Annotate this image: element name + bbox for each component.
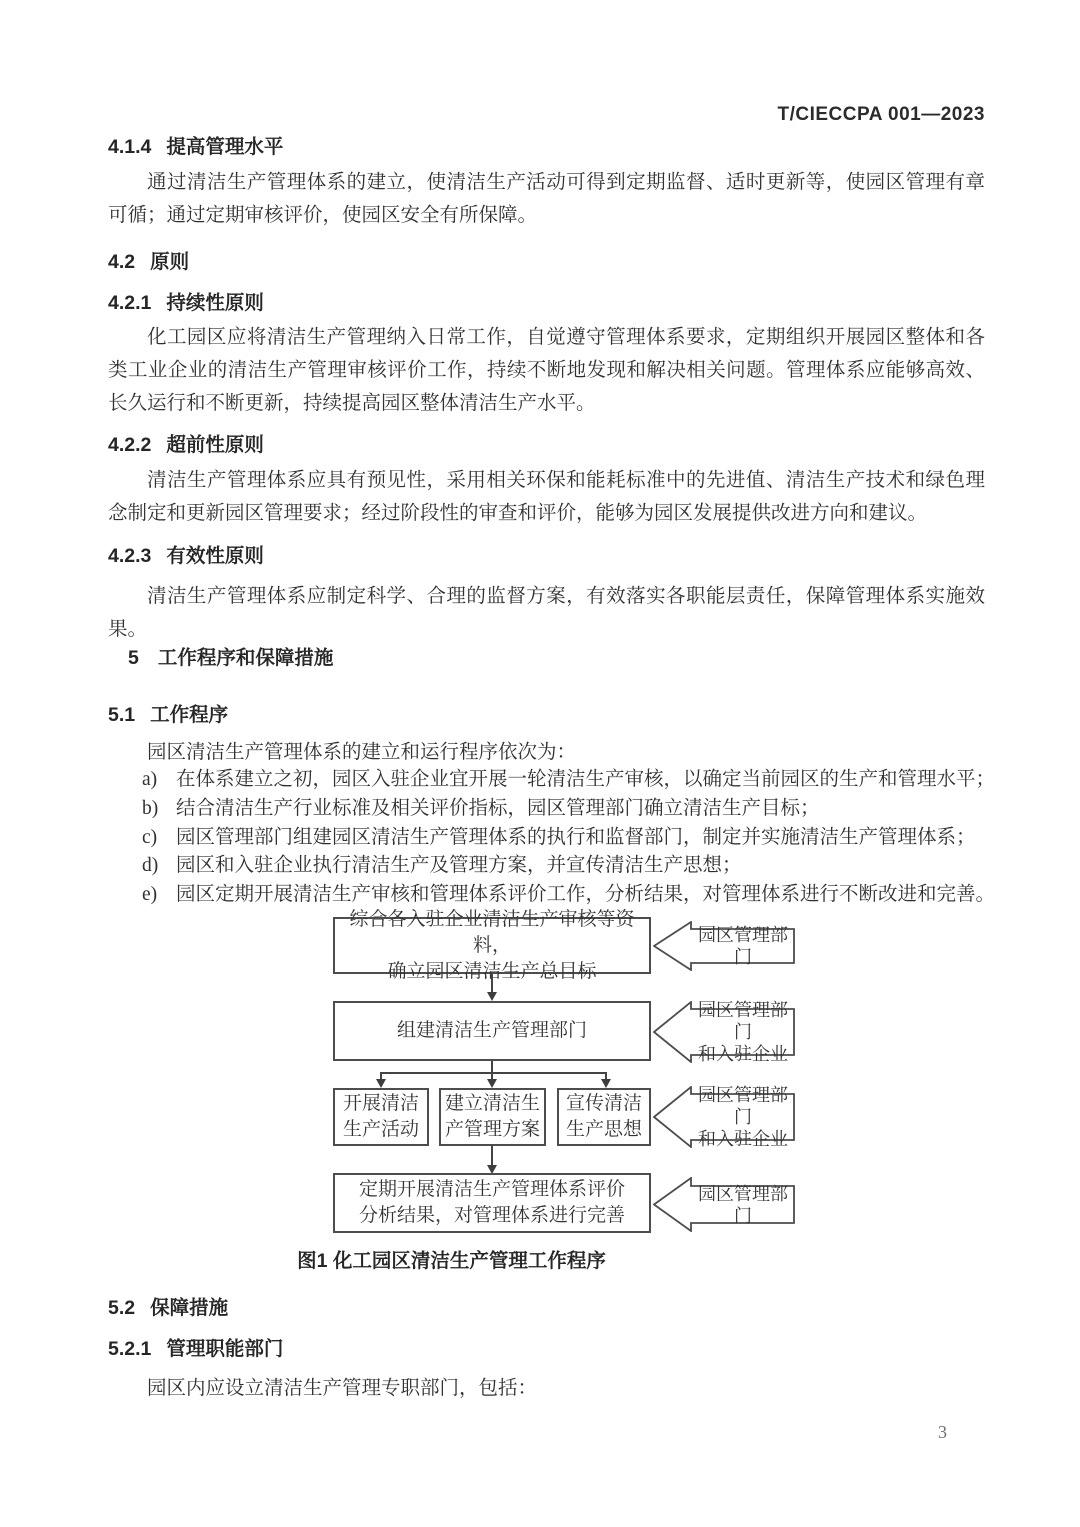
section-number: 5.2.1 [108,1338,151,1360]
section-title: 管理职能部门 [166,1338,283,1360]
document-page: T/CIECCPA 001—2023 4.1.4提高管理水平 通过清洁生产管理体… [0,0,1080,1527]
connector-line [380,1072,607,1074]
flow-box-text: 宣传清洁 [566,1091,642,1117]
section-title: 持续性原则 [166,292,264,314]
page-number: 3 [938,1422,947,1443]
list-item-c: c)园区管理部门组建园区清洁生产管理体系的执行和监督部门，制定并实施清洁生产管理… [108,824,985,853]
list-item-label: a) [142,766,176,795]
section-number: 5.1 [108,704,135,726]
actor-text: 园区管理部门 [691,1084,795,1128]
heading-5-1: 5.1工作程序 [108,699,985,727]
heading-4-1-4: 4.1.4提高管理水平 [108,131,985,159]
list-item-label: e) [142,881,176,910]
actor-arrow-1: 园区管理部门 [653,921,795,971]
arrow-down-icon [376,1079,386,1088]
section-title: 有效性原则 [166,545,264,567]
flow-box-establish-plan: 建立清洁生 产管理方案 [439,1088,546,1146]
flow-box-text: 生产活动 [343,1117,419,1143]
list-item-label: c) [142,824,176,853]
actor-label: 园区管理部门 和入驻企业 [691,1001,795,1063]
arrow-down-icon [601,1079,611,1088]
actor-arrow-3: 园区管理部门 和入驻企业 [653,1086,795,1148]
flowchart-figure-1: 综合各入驻企业清洁生产审核等资料， 确立园区清洁生产总目标 组建清洁生产管理部门… [108,917,795,1282]
section-title: 原则 [150,251,189,273]
flow-box-text: 建立清洁生 [445,1091,540,1117]
section-title: 提高管理水平 [166,136,283,158]
flow-box-set-goals: 综合各入驻企业清洁生产审核等资料， 确立园区清洁生产总目标 [333,917,651,974]
list-item-text: 结合清洁生产行业标准及相关评价指标，园区管理部门确立清洁生产目标； [176,795,820,824]
list-item-text: 园区管理部门组建园区清洁生产管理体系的执行和监督部门，制定并实施清洁生产管理体系… [176,824,976,853]
heading-5-2: 5.2保障措施 [108,1292,985,1320]
actor-arrow-2: 园区管理部门 和入驻企业 [653,1001,795,1063]
section-title: 超前性原则 [166,434,264,456]
list-item-a: a)在体系建立之初，园区入驻企业宜开展一轮清洁生产审核，以确定当前园区的生产和管… [108,766,985,795]
heading-5: 5工作程序和保障措施 [108,642,1005,670]
actor-text: 和入驻企业 [698,1043,788,1065]
paragraph-5-2-1: 园区内应设立清洁生产管理专职部门，包括： [108,1372,985,1405]
paragraph-5-1-intro: 园区清洁生产管理体系的建立和运行程序依次为： [108,736,985,769]
flow-box-text: 分析结果，对管理体系进行完善 [359,1203,625,1229]
list-item-label: d) [142,852,176,881]
actor-text: 园区管理部门 [691,1183,795,1227]
section-number: 4.2.1 [108,292,151,314]
flow-box-text: 开展清洁 [343,1091,419,1117]
section-number: 4.2.2 [108,434,151,456]
procedure-list: a)在体系建立之初，园区入驻企业宜开展一轮清洁生产审核，以确定当前园区的生产和管… [108,766,985,910]
section-number: 4.2 [108,251,135,273]
connector-line [491,1146,493,1166]
flow-box-text: 综合各入驻企业清洁生产审核等资料， [335,907,649,959]
section-number: 5.2 [108,1297,135,1319]
section-number: 4.1.4 [108,136,151,158]
flow-box-carry-out-activities: 开展清洁 生产活动 [333,1088,429,1146]
actor-label: 园区管理部门 [691,921,795,971]
list-item-b: b)结合清洁生产行业标准及相关评价指标，园区管理部门确立清洁生产目标； [108,795,985,824]
section-title: 工作程序 [150,704,228,726]
section-title: 工作程序和保障措施 [158,647,334,669]
heading-4-2-2: 4.2.2超前性原则 [108,429,985,457]
list-item-text: 在体系建立之初，园区入驻企业宜开展一轮清洁生产审核，以确定当前园区的生产和管理水… [176,766,995,795]
list-item-text: 园区和入驻企业执行清洁生产及管理方案，并宣传清洁生产思想； [176,852,742,881]
heading-4-2-1: 4.2.1持续性原则 [108,287,985,315]
page-content: T/CIECCPA 001—2023 4.1.4提高管理水平 通过清洁生产管理体… [108,0,985,1527]
heading-5-2-1: 5.2.1管理职能部门 [108,1333,985,1361]
connector-line [491,974,493,993]
section-title: 保障措施 [150,1297,228,1319]
flow-box-promote-ideas: 宣传清洁 生产思想 [557,1088,651,1146]
actor-text: 和入驻企业 [698,1128,788,1150]
actor-text: 园区管理部门 [691,999,795,1043]
actor-arrow-4: 园区管理部门 [653,1177,795,1232]
actor-label: 园区管理部门 和入驻企业 [691,1086,795,1148]
paragraph-4-2-3: 清洁生产管理体系应制定科学、合理的监督方案，有效落实各职能层责任，保障管理体系实… [108,580,985,646]
paragraph-4-2-2: 清洁生产管理体系应具有预见性，采用相关环保和能耗标准中的先进值、清洁生产技术和绿… [108,464,985,530]
actor-label: 园区管理部门 [691,1177,795,1232]
paragraph-4-2-1: 化工园区应将清洁生产管理纳入日常工作，自觉遵守管理体系要求，定期组织开展园区整体… [108,321,985,420]
section-number: 4.2.3 [108,545,151,567]
flow-box-text: 定期开展清洁生产管理体系评价 [359,1177,625,1203]
flow-box-text: 生产思想 [566,1117,642,1143]
flow-box-periodic-evaluation: 定期开展清洁生产管理体系评价 分析结果，对管理体系进行完善 [333,1173,651,1233]
heading-4-2: 4.2原则 [108,246,985,274]
arrow-down-icon [487,1079,497,1088]
figure-caption: 图1 化工园区清洁生产管理工作程序 [108,1245,795,1273]
actor-text: 园区管理部门 [691,924,795,968]
flow-box-text: 组建清洁生产管理部门 [397,1018,587,1044]
list-item-d: d)园区和入驻企业执行清洁生产及管理方案，并宣传清洁生产思想； [108,852,985,881]
paragraph-4-1-4: 通过清洁生产管理体系的建立，使清洁生产活动可得到定期监督、适时更新等，使园区管理… [108,166,985,232]
arrow-down-icon [487,992,497,1001]
heading-4-2-3: 4.2.3有效性原则 [108,540,985,568]
flow-box-form-department: 组建清洁生产管理部门 [333,1001,651,1061]
list-item-label: b) [142,795,176,824]
flow-box-text: 产管理方案 [445,1117,540,1143]
doc-code: T/CIECCPA 001—2023 [108,104,985,126]
section-number: 5 [128,647,139,669]
